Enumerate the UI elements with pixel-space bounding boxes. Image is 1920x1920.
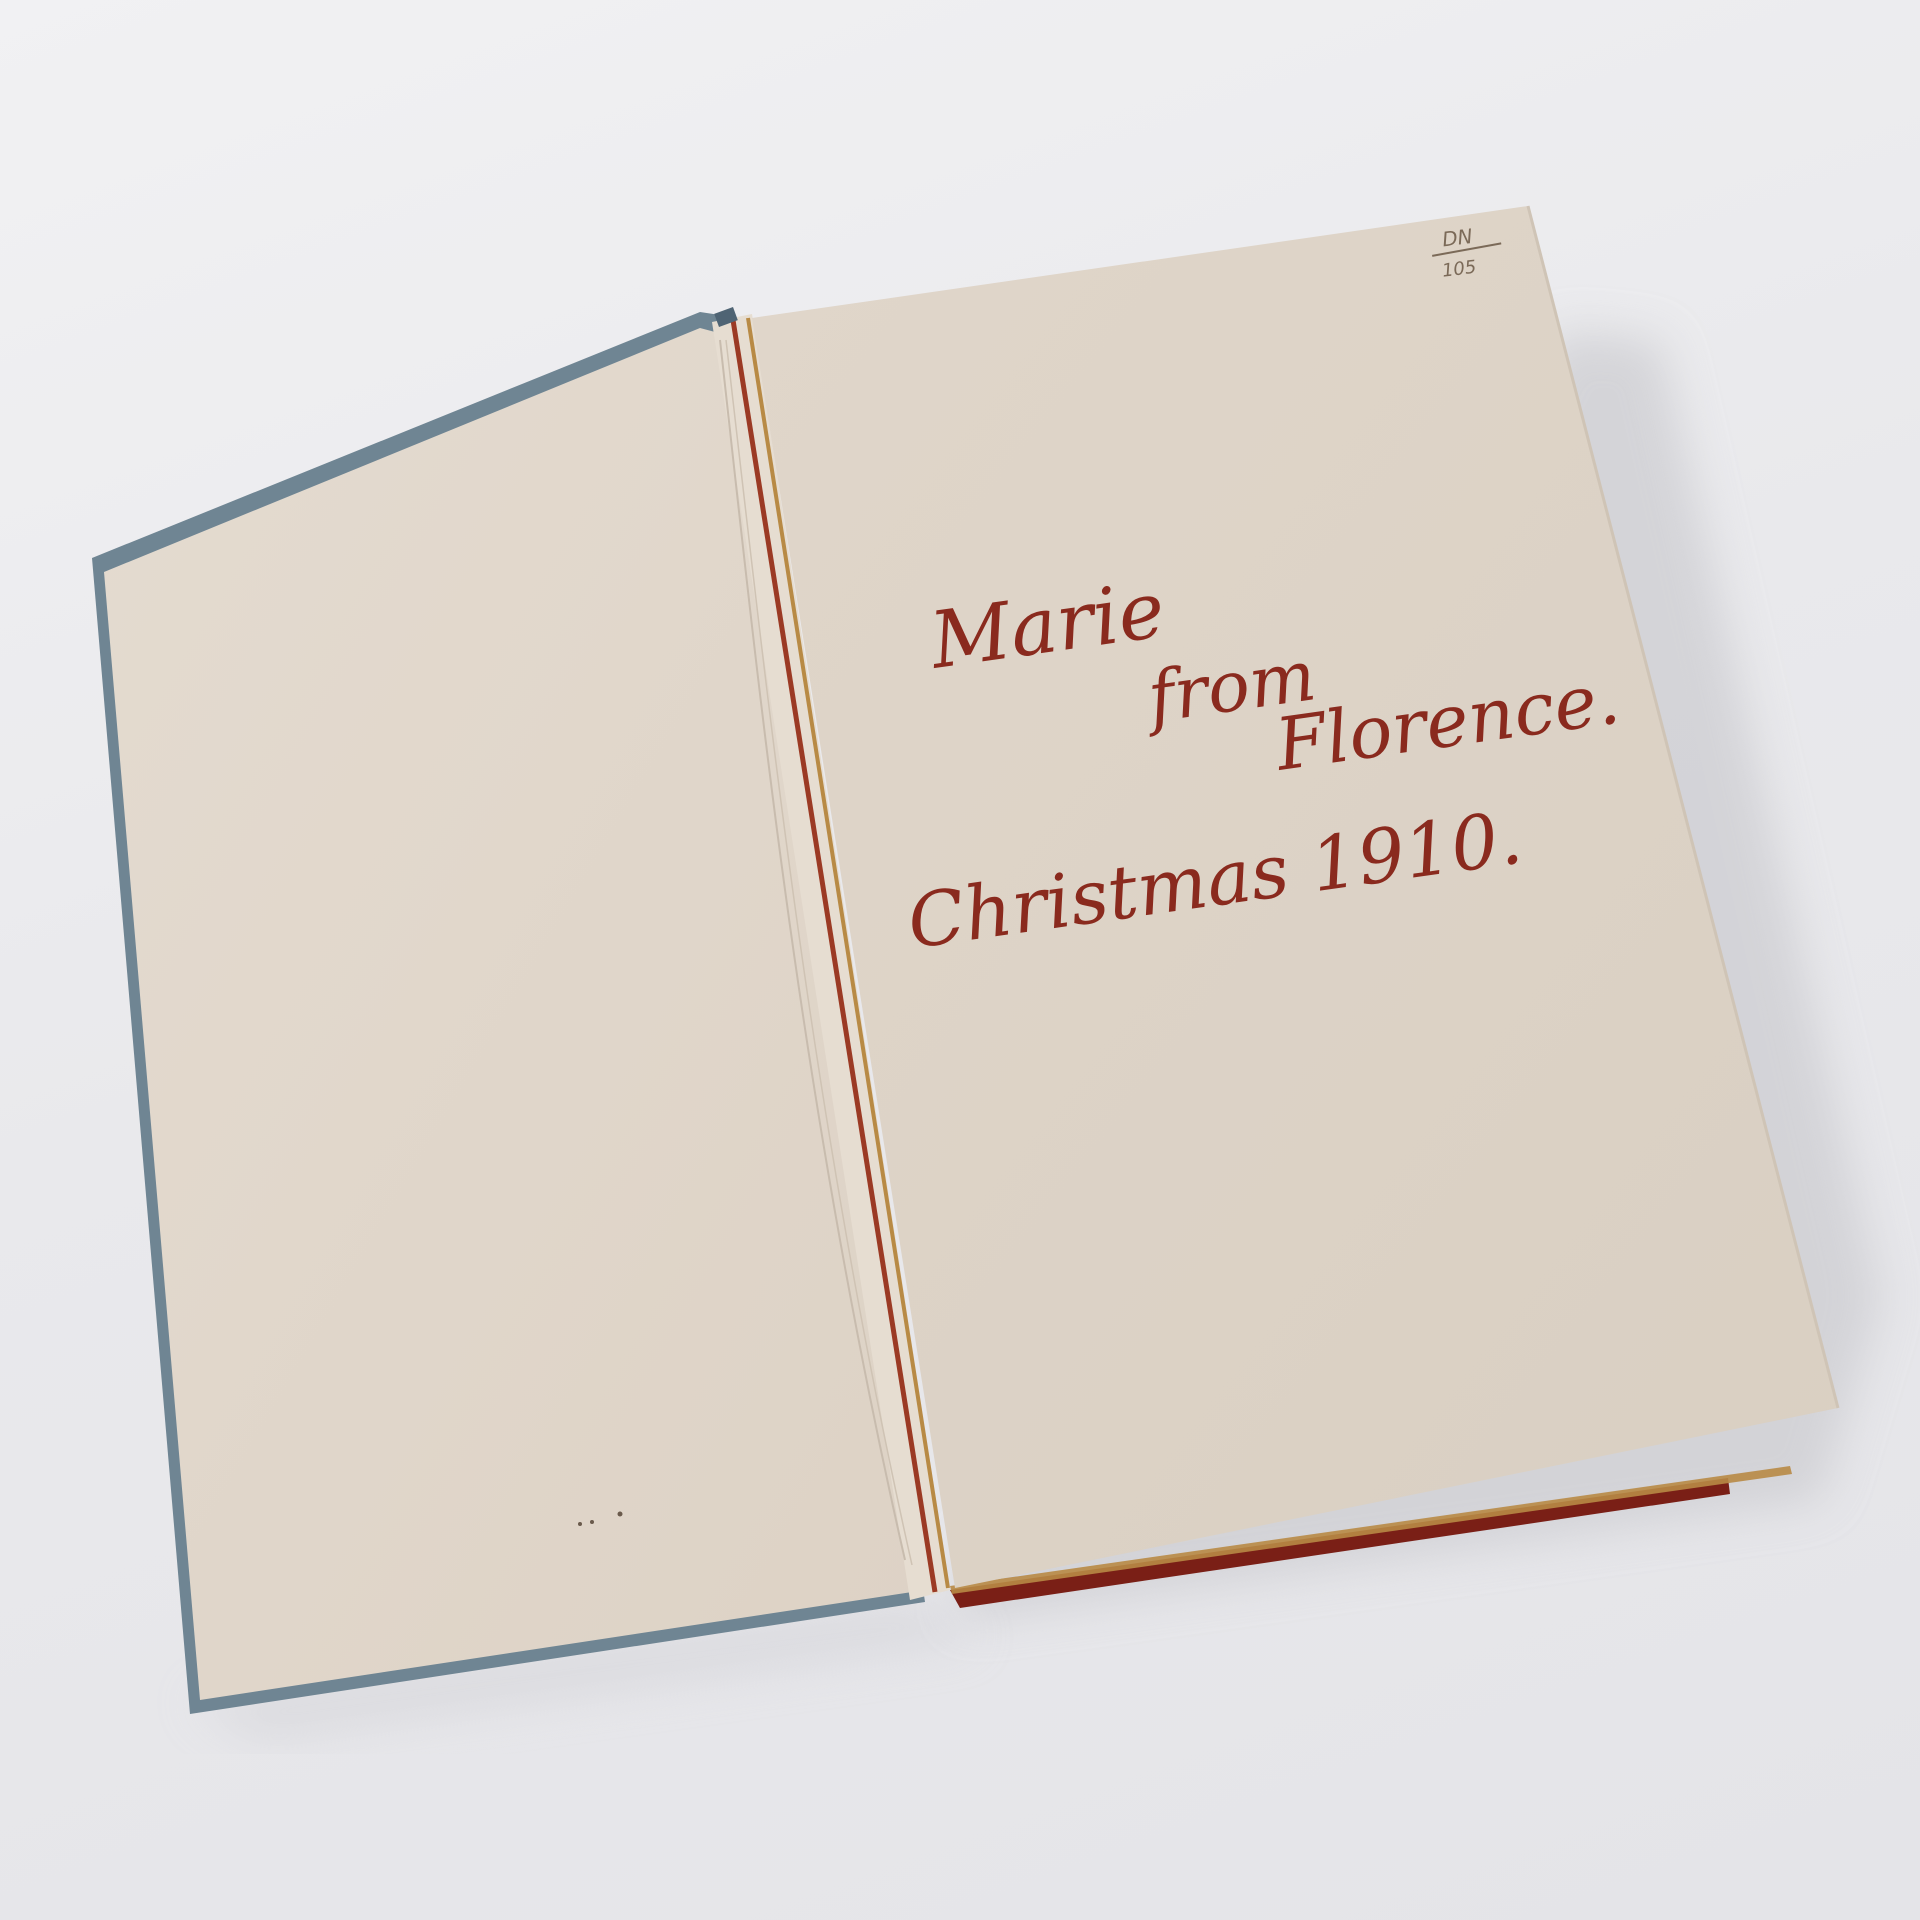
photo-scene: DN 105 Marie from Florence. Christmas 19…: [0, 0, 1920, 1920]
pencil-note-bottom: 105: [1441, 257, 1478, 282]
book-photo: DN 105 Marie from Florence. Christmas 19…: [0, 0, 1920, 1920]
pencil-note-top: DN: [1441, 224, 1474, 252]
